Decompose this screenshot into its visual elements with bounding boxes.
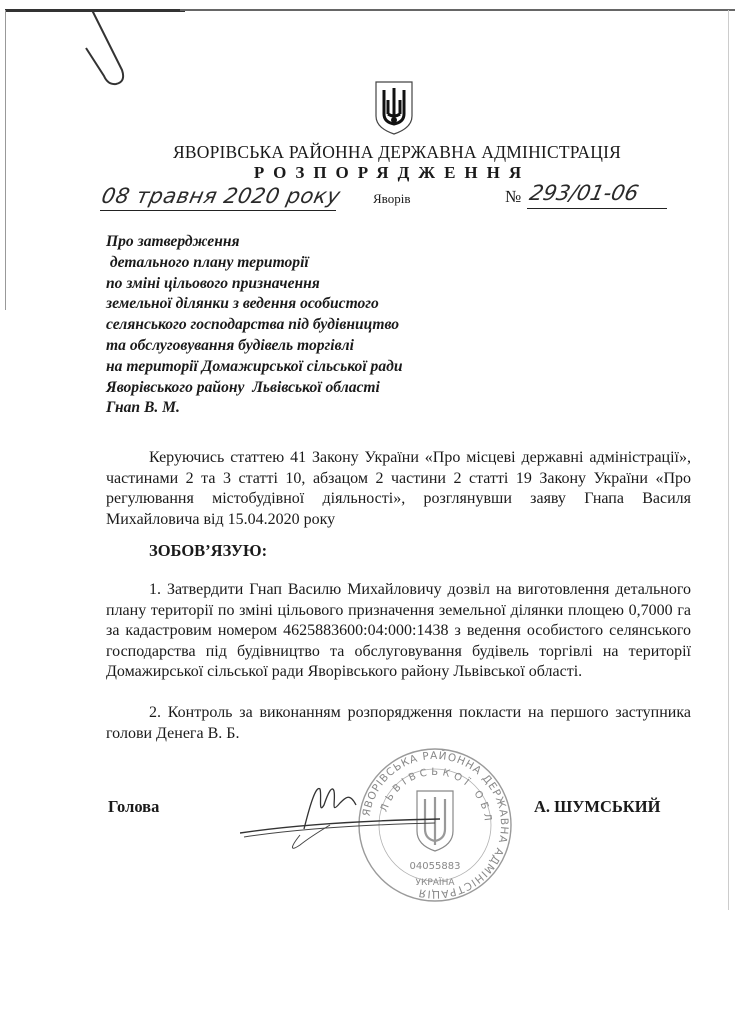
- document-number: 293/01-06: [527, 181, 640, 205]
- order-item-2: 2. Контроль за виконанням розпорядження …: [106, 703, 691, 744]
- subject-line: Про затвердження: [106, 232, 403, 253]
- seal-bottom: УКРАЇНА: [415, 877, 455, 888]
- date-underline: [100, 210, 336, 211]
- subject-line: детального плану території: [106, 253, 403, 274]
- document-subject: Про затвердження детального плану терито…: [106, 232, 403, 419]
- subject-line: на території Домажирської сільської ради: [106, 357, 403, 378]
- document-date: 08 травня 2020 року: [99, 184, 342, 208]
- document-city: Яворів: [373, 191, 410, 207]
- order-item-1: 1. Затвердити Гнап Василю Михайловичу до…: [106, 580, 691, 683]
- handwritten-signature: [240, 775, 440, 855]
- subject-line: та обслуговування будівель торгівлі: [106, 336, 403, 357]
- resolve-heading: ЗОБОВ’ЯЗУЮ:: [149, 541, 267, 561]
- preamble-paragraph: Керуючись статтею 41 Закону України «Про…: [106, 448, 691, 530]
- organization-name: ЯВОРІВСЬКА РАЙОННА ДЕРЖАВНА АДМІНІСТРАЦІ…: [0, 142, 744, 163]
- subject-line: Яворівського району Львівської області: [106, 378, 403, 399]
- subject-line: селянського господарства під будівництво: [106, 315, 403, 336]
- number-underline: [527, 208, 667, 209]
- subject-line: земельної ділянки з ведення особистого: [106, 294, 403, 315]
- page-edge: [180, 9, 735, 11]
- paperclip-icon: [78, 6, 138, 86]
- subject-line: по зміні цільового призначення: [106, 274, 403, 295]
- document-type: РОЗПОРЯДЖЕННЯ: [0, 163, 744, 183]
- signatory-name: А. ШУМСЬКИЙ: [534, 797, 660, 817]
- number-label: №: [505, 187, 521, 207]
- signatory-title: Голова: [108, 797, 159, 817]
- tryzub-coat-of-arms-icon: [374, 80, 414, 136]
- seal-code: 04055883: [410, 861, 461, 872]
- subject-line: Гнап В. М.: [106, 398, 403, 419]
